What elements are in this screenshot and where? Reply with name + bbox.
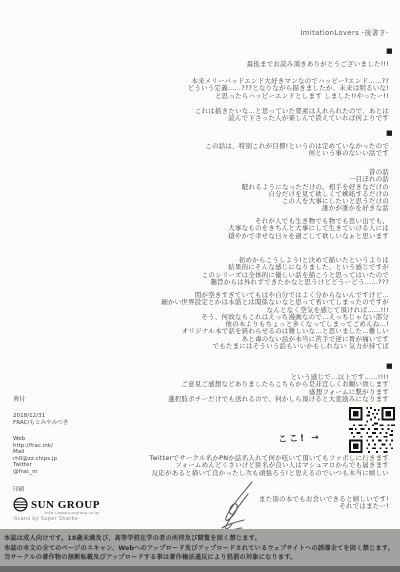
- printer-url: http://www.sungroup.co.jp/: [45, 511, 100, 515]
- section-divider: ■: [386, 48, 392, 54]
- afterword-paragraph-2: 本来メリーバッドエンド大好きマンなのでハッピー?エンド……?? どういう定義………: [40, 78, 389, 100]
- scan-credit: -Scans by Super Sharks-: [12, 516, 80, 522]
- printer-name: SUN GROUP: [31, 499, 100, 511]
- section-divider: ■: [386, 130, 392, 136]
- colophon-circle: FRAC/もとみやみつき: [13, 420, 68, 427]
- qr-code: [349, 407, 395, 453]
- footer-strip: [0, 566, 400, 572]
- afterword-paragraph-6: それが人でも生き物でも物でも思い出でも、 大事なものをきちんと大事にして生きてい…: [40, 218, 389, 240]
- page-title: ImitationLovers -後書き-: [300, 27, 389, 37]
- colophon-date: 2018/12/31: [13, 413, 45, 420]
- afterword-paragraph-7: 初めからこうしよう!と決めて描いたというよりは 結果的にそんな感じになりました、…: [40, 257, 389, 286]
- printer-logo: SUN GROUP: [13, 497, 100, 512]
- afterword-paragraph-4: この話は、特別これが目標!というのは定めていなかったので 何という事のないい話で…: [40, 143, 389, 158]
- colophon-heading: 奥付: [13, 397, 25, 404]
- adult-warning-band: 本誌は成人向けです。18歳未満及び、高等学校在学の者の所持及び閲覧を固く禁じます…: [0, 529, 400, 566]
- afterword-paragraph-3: これは描きたいな…と思っていた要素は入れられたので、あとは 読んで下さった人が楽…: [40, 108, 389, 123]
- adult-warning-text: 本誌は成人向けです。18歳未満及び、高等学校在学の者の所持及び閲覧を固く禁じます…: [4, 534, 396, 563]
- colophon-print-label: 印刷: [13, 487, 24, 494]
- sun-group-logo-icon: [13, 497, 28, 512]
- colophon-contact: Web http://frac.ink/ Mail rh0@zz.chips.j…: [13, 436, 57, 476]
- qr-pointer-note: ここ! →: [278, 430, 321, 445]
- afterword-paragraph-5: 昔の話 一目ぼれの話 眠れるようになっただけの、相手を好きなだけの 自分だけを見…: [40, 169, 389, 213]
- afterword-paragraph-1: 最後までお読み頂きありがとうございました!!!: [40, 61, 389, 68]
- section-divider: ■: [386, 363, 392, 369]
- afterword-paragraph-8: 間が空きすぎていてもはや自分ではよく分からないんですけど… 細かい世界設定とかは…: [40, 292, 389, 350]
- doujin-afterword-page: ImitationLovers -後書き- ■ 最後までお読み頂きありがとうござ…: [0, 0, 400, 572]
- afterword-paragraph-9: という感じで…以上です……!!!! ご意見ご感想などありましたらこちらから是非宜…: [40, 374, 389, 403]
- afterword-paragraph-10: Twitterでサークル名かPNか誌名入れて何か呟いて頂いてもファボしに行きます…: [40, 455, 389, 477]
